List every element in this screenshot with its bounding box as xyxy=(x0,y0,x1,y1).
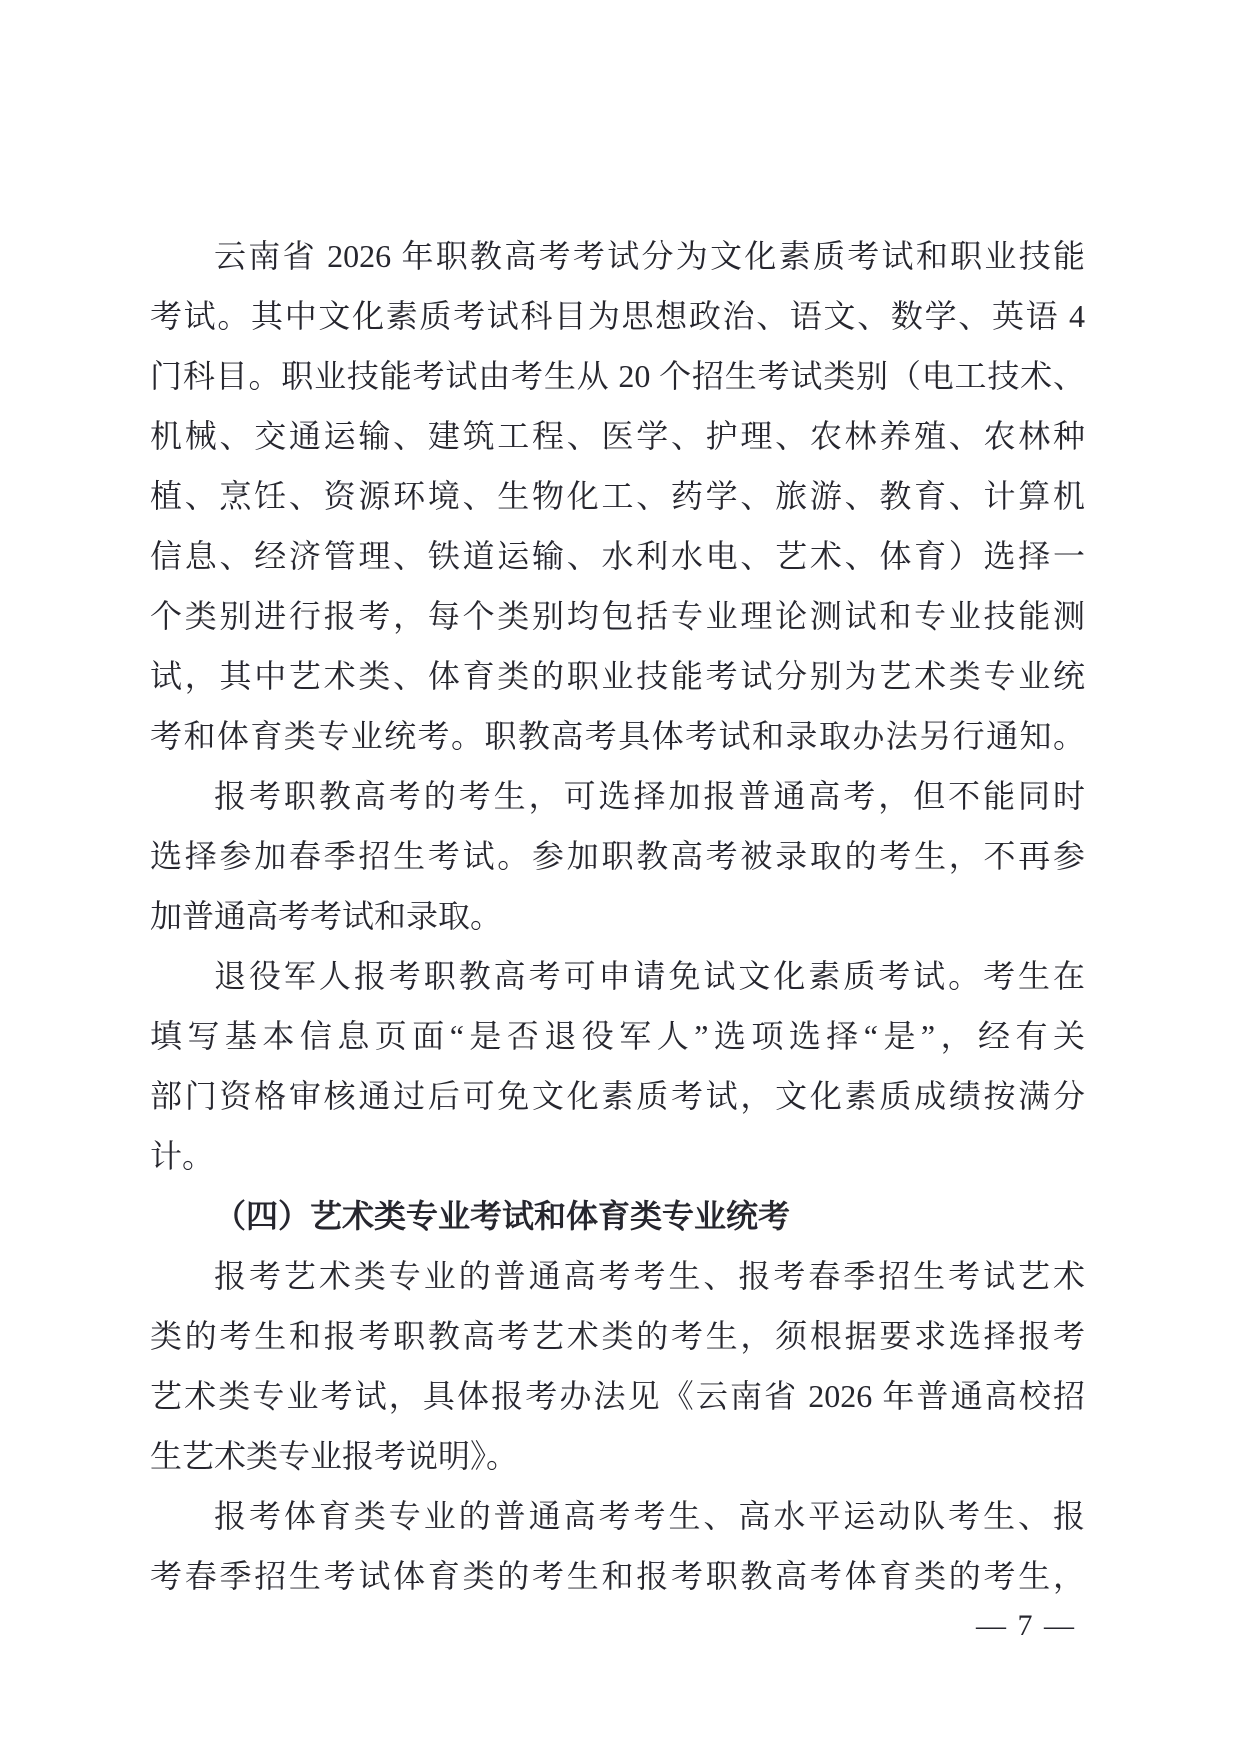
text-line: 云南省 2026 年职教高考考试分为文化素质考试和职业技能 xyxy=(150,226,1085,286)
text-line: 门科目。职业技能考试由考生从 20 个招生考试类别（电工技术、 xyxy=(150,346,1085,406)
text-line: 报考体育类专业的普通高考考生、高水平运动队考生、报 xyxy=(150,1486,1085,1546)
document-body: 云南省 2026 年职教高考考试分为文化素质考试和职业技能考试。其中文化素质考试… xyxy=(150,226,1085,1606)
text-line: 报考艺术类专业的普通高考考生、报考春季招生考试艺术 xyxy=(150,1246,1085,1306)
page-number: — 7 — xyxy=(976,1608,1076,1644)
text-line: 类的考生和报考职教高考艺术类的考生，须根据要求选择报考 xyxy=(150,1306,1085,1366)
text-line: 艺术类专业考试，具体报考办法见《云南省 2026 年普通高校招 xyxy=(150,1366,1085,1426)
text-line: 加普通高考考试和录取。 xyxy=(150,886,1085,946)
text-line: 考和体育类专业统考。职教高考具体考试和录取办法另行通知。 xyxy=(150,706,1085,766)
text-line: 生艺术类专业报考说明》。 xyxy=(150,1426,1085,1486)
text-line: 个类别进行报考，每个类别均包括专业理论测试和专业技能测 xyxy=(150,586,1085,646)
text-line: 考春季招生考试体育类的考生和报考职教高考体育类的考生， xyxy=(150,1546,1085,1606)
text-line: 填写基本信息页面“是否退役军人”选项选择“是”，经有关 xyxy=(150,1006,1085,1066)
text-line: 考试。其中文化素质考试科目为思想政治、语文、数学、英语 4 xyxy=(150,286,1085,346)
text-line: 计。 xyxy=(150,1126,1085,1186)
text-line: 试，其中艺术类、体育类的职业技能考试分别为艺术类专业统 xyxy=(150,646,1085,706)
text-line: （四）艺术类专业考试和体育类专业统考 xyxy=(150,1186,1085,1246)
text-line: 植、烹饪、资源环境、生物化工、药学、旅游、教育、计算机 xyxy=(150,466,1085,526)
document-page: 云南省 2026 年职教高考考试分为文化素质考试和职业技能考试。其中文化素质考试… xyxy=(0,0,1240,1753)
text-line: 信息、经济管理、铁道运输、水利水电、艺术、体育）选择一 xyxy=(150,526,1085,586)
text-line: 退役军人报考职教高考可申请免试文化素质考试。考生在 xyxy=(150,946,1085,1006)
text-line: 机械、交通运输、建筑工程、医学、护理、农林养殖、农林种 xyxy=(150,406,1085,466)
text-line: 选择参加春季招生考试。参加职教高考被录取的考生，不再参 xyxy=(150,826,1085,886)
text-line: 报考职教高考的考生，可选择加报普通高考，但不能同时 xyxy=(150,766,1085,826)
text-line: 部门资格审核通过后可免文化素质考试，文化素质成绩按满分 xyxy=(150,1066,1085,1126)
